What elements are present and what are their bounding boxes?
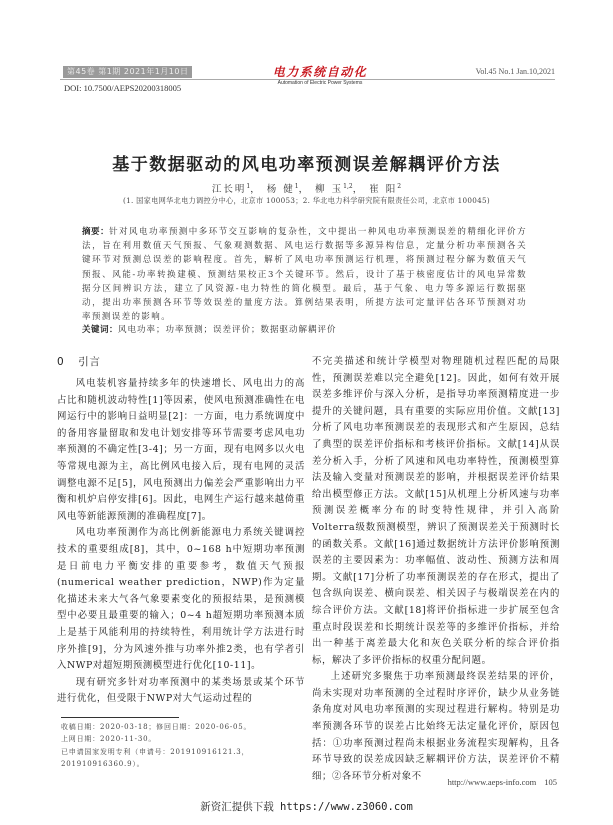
page-footer: http://www.aeps-info.com105 [448, 777, 557, 787]
keywords: 关键词：风电功率；功率预测；误差评价；数据驱动解耦评价 [82, 323, 527, 335]
section-heading: 0引言 [57, 354, 305, 370]
section-number: 0 [57, 356, 64, 368]
abstract: 摘要：针对风电功率预测中多环节交互影响的复杂性，文中提出一种风电功率预测误差的精… [82, 225, 527, 324]
body-paragraph: 现有研究多针对功率预测中的某类场景或某个环节进行优化，但受限于NWP对大气运动过… [57, 675, 305, 708]
abstract-text: 针对风电功率预测中多环节交互影响的复杂性，文中提出一种风电功率预测误差的精细化评… [82, 227, 527, 322]
author-affil-sup: 2 [397, 183, 401, 190]
abstract-label: 摘要： [82, 227, 109, 237]
footnotes: 收稿日期：2020-03-18；修回日期：2020-06-05。 上网日期：20… [61, 721, 306, 771]
author-affil-sup: 1 [246, 183, 250, 190]
author: 柳 玉 [315, 184, 343, 195]
journal-name-en: Automation of Electric Power Systems [265, 79, 375, 87]
download-watermark: 新资汇提供下载 https://www.z3060.com [0, 799, 613, 814]
author: 崔 阳 [369, 184, 397, 195]
author-list: 江长明1， 杨 健1， 柳 玉1,2， 崔 阳2 [0, 181, 613, 195]
journal-logo: 电力系统自动化 Automation of Electric Power Sys… [265, 65, 375, 87]
footnote-online: 上网日期：2020-11-30。 [61, 733, 306, 745]
watermark-text: 新资汇提供下载 [200, 801, 274, 813]
author: 江长明 [212, 184, 247, 195]
body-paragraph: 风电装机容量持续多年的快速增长、风电出力的高占比和随机波动特性[1]等因素，使风… [57, 376, 305, 525]
footnote-received: 收稿日期：2020-03-18；修回日期：2020-06-05。 [61, 721, 306, 733]
footnote-patent: 已申请国家发明专利（申请号：201910916121.3，20191091636… [61, 746, 306, 771]
doi[interactable]: DOI: 10.7500/AEPS20200318005 [64, 83, 181, 93]
author-affil-sup: 1 [295, 183, 299, 190]
author-affil-sup: 1,2 [343, 183, 353, 190]
body-paragraph: 上述研究多聚焦于功率预测最终误差结果的评价，尚未实现对功率预测的全过程时序评价，… [312, 669, 560, 785]
body-paragraph: 风电功率预测作为高比例新能源电力系统关键调控技术的重要组成[8]，其中，0~16… [57, 525, 305, 674]
volume-info: Vol.45 No.1 Jan.10,2021 [476, 67, 555, 76]
paper-title: 基于数据驱动的风电功率预测误差解耦评价方法 [0, 150, 613, 175]
watermark-url[interactable]: https://www.z3060.com [280, 801, 413, 813]
keywords-label: 关键词： [82, 325, 118, 335]
body-paragraph: 不完美描述和统计学模型对物理随机过程匹配的局限性，预测误差难以完全避免[12]。… [312, 354, 560, 669]
page-number: 105 [544, 777, 557, 787]
journal-header: 第45卷 第1期 2021年1月10日 DOI: 10.7500/AEPS202… [60, 66, 555, 96]
affiliations: (1. 国家电网华北电力调控分中心，北京市 100053；2. 华北电力科学研究… [0, 196, 613, 206]
keywords-text: 风电功率；功率预测；误差评价；数据驱动解耦评价 [118, 325, 337, 335]
journal-url[interactable]: http://www.aeps-info.com [448, 777, 537, 787]
left-column: 0引言 风电装机容量持续多年的快速增长、风电出力的高占比和随机波动特性[1]等因… [57, 354, 305, 708]
journal-name-cn: 电力系统自动化 [265, 65, 375, 79]
issue-badge: 第45卷 第1期 2021年1月10日 [63, 66, 192, 78]
author: 杨 健 [267, 184, 295, 195]
right-column: 不完美描述和统计学模型对物理随机过程匹配的局限性，预测误差难以完全避免[12]。… [312, 354, 560, 785]
footnote-rule [61, 717, 179, 718]
section-title: 引言 [78, 356, 100, 368]
